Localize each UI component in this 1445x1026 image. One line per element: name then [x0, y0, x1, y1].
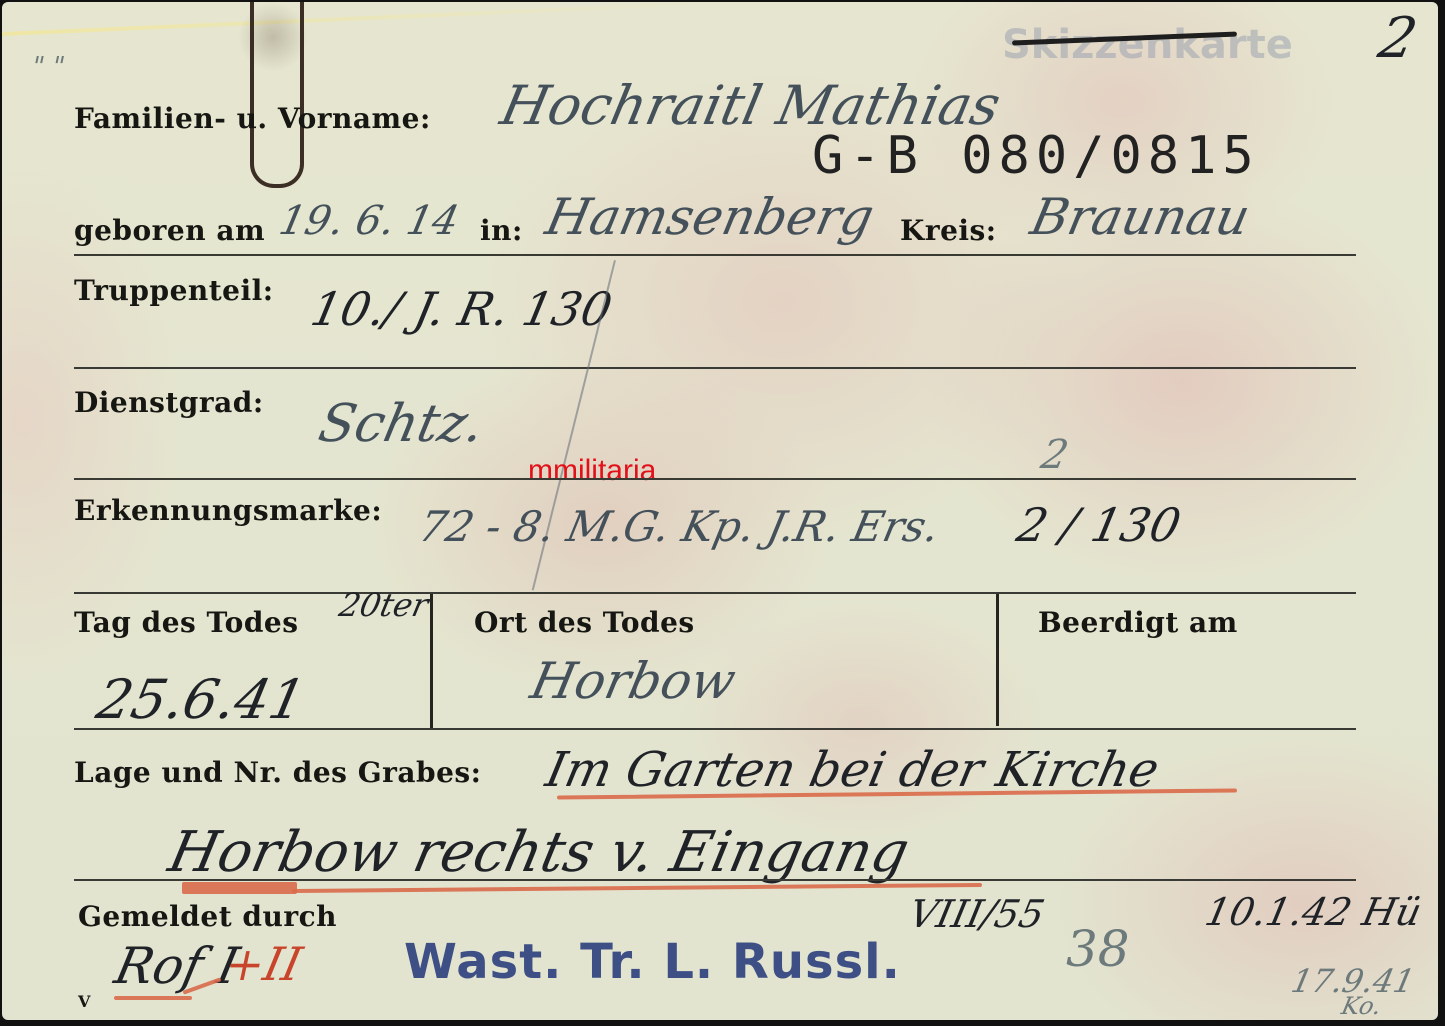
district-value: Braunau — [1026, 188, 1255, 246]
rank-label: Dienstgrad: — [74, 386, 264, 419]
watermark: mmilitaria — [528, 454, 656, 488]
initials-note: Ko. — [1339, 992, 1384, 1020]
death-place-value: Horbow — [526, 652, 741, 710]
divider — [74, 254, 1356, 256]
birth-place-label: in: — [480, 214, 523, 247]
id-tag-label: Erkennungsmarke: — [74, 494, 382, 527]
grave-label: Lage und Nr. des Grabes: — [74, 756, 482, 789]
reported-by-mark: V — [78, 992, 91, 1011]
grave-value-line2: Horbow rechts v. Eingang — [163, 820, 914, 885]
reported-by-red-value: +II — [220, 937, 306, 991]
unit-label: Truppenteil: — [74, 274, 274, 307]
birth-date-label: geboren am — [74, 214, 265, 247]
paperclip-mark — [250, 2, 304, 188]
archive-number: G-B 080/0815 — [812, 126, 1260, 186]
faded-stamp: Skizzenkarte — [1002, 22, 1293, 68]
id-tag-correction: 2 — [1037, 432, 1072, 478]
column-divider — [996, 594, 999, 726]
divider — [74, 367, 1356, 369]
death-record-card: " " Skizzenkarte 2 Familien- u. Vorname:… — [2, 2, 1438, 1020]
death-place-label: Ort des Todes — [474, 606, 695, 639]
death-date-annotation: 20ter — [336, 586, 432, 624]
column-divider — [430, 594, 433, 730]
corner-pencil-marks: " " — [29, 52, 68, 82]
divider — [74, 478, 1356, 480]
district-label: Kreis: — [900, 214, 997, 247]
reference-number: VIII/55 — [905, 892, 1048, 936]
pencil-number: 38 — [1066, 920, 1130, 978]
page-number: 2 — [1373, 6, 1422, 71]
light-reflection — [2, 1, 702, 36]
divider — [74, 879, 1356, 881]
red-underline — [114, 996, 192, 1000]
rank-value: Schtz. — [314, 394, 490, 454]
birth-date-value: 19. 6. 14 — [275, 198, 463, 244]
id-tag-value: 72 - 8. M.G. Kp. J.R. Ers. — [415, 502, 944, 551]
divider — [74, 592, 1356, 594]
id-tag-suffix: 2 / 130 — [1012, 498, 1185, 552]
red-underline-thick — [182, 882, 297, 894]
birth-place-value: Hamsenberg — [541, 188, 879, 246]
office-stamp: Wast. Tr. L. Russl. — [404, 934, 901, 990]
unit-value: 10./ J. R. 130 — [306, 282, 617, 336]
buried-on-label: Beerdigt am — [1038, 606, 1238, 639]
date-note-1: 10.1.42 Hü — [1201, 890, 1425, 934]
name-label: Familien- u. Vorname: — [74, 102, 431, 135]
reported-by-label: Gemeldet durch — [78, 900, 337, 933]
death-date-label: Tag des Todes — [74, 606, 298, 639]
divider — [74, 728, 1356, 730]
death-date-value: 25.6.41 — [91, 668, 311, 731]
